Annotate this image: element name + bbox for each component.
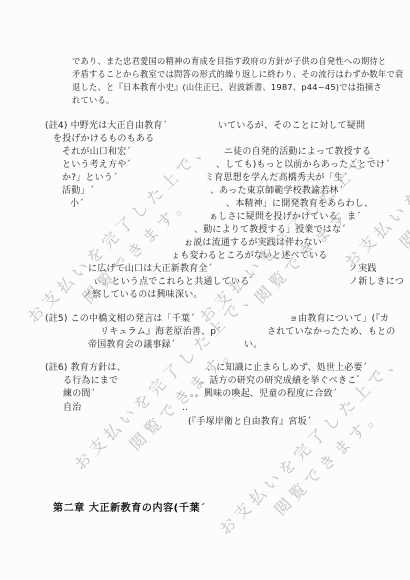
text-fragment: (註4) 中野光は大正自由教育ˊ [45,121,167,132]
payment-watermark: お支払いを完了した上で、閲覧できます。 [338,78,410,291]
text-fragment: それが山口和宏ˊ [62,147,131,158]
text-fragment: る行為にまで [63,376,118,387]
text-fragment: 自治 [63,403,81,414]
text-fragment: ぃ」という点でこれらと共通している゛ [93,277,259,288]
text-fragment: 、に知識に止まらしめず、処世上必要ˊ [207,363,367,374]
text-fragment: 帝国教育会の議事録ˊ [88,340,176,351]
text-fragment: ょも変わるところがないと述べている [171,251,327,262]
text-fragment: 矛盾することから教室では問答の形式的繰り返しに終わり、その流行はわずか数年で衰 [72,69,403,80]
text-fragment: れている。 [72,95,115,106]
text-fragment: ミ育思想を学んだ高橋秀夫が「生ˊ [205,173,348,184]
payment-watermark: お支払いを完了した上で、閲覧できます。 [68,280,281,493]
text-fragment: か?」というˊ [62,173,118,184]
scanned-document-page: であり、また忠君愛国の精神の育成を目指す政府の方針が子供の自発性への期待と矛盾す… [0,0,410,580]
text-fragment: 、話方の研究の研究成績を挙ぐべきこ゛ [200,376,366,387]
text-fragment: 。。興味の喚起、児童の程度に合致ˊ [190,389,337,400]
text-fragment: 退した、と『日本教育小史』(山住正巳、岩波新書、1987、p44~45)では指摘… [72,82,382,93]
text-fragment: に広げて山口は大正新教育全ˊ [88,264,212,275]
text-fragment: リキュラム』海老原治善、pˊ [100,327,221,338]
text-fragment: ノ新しきにつ [349,277,404,288]
text-fragment: ノ実践 [349,264,377,275]
text-fragment: 、しても)もっと以前からあったことでけˊ [216,160,390,171]
text-fragment: ョ由教育について」(『カ [289,314,389,325]
text-fragment: い。 [244,340,262,351]
watermark-line1: お支払いを完了した上で、 [338,78,410,274]
text-fragment: 、本精神」に開発教育をあらわし、 [226,199,373,210]
watermark-line1: お支払いを完了した上で、 [213,345,409,541]
text-fragment: ぁしさに疑問を投げかけている。まˊ [209,212,361,223]
text-fragment: .. [182,403,188,414]
text-fragment: 、動によりて教授する」授業ではなˊ [194,225,346,236]
text-fragment: (『手塚岸衛と自由教育』宮坂ˊ [188,417,312,428]
text-fragment: という考え方やˊ [62,160,131,171]
text-fragment: ぉ説は流通するが実践は伴わない [184,238,322,249]
text-fragment: 小ˊ [70,199,84,210]
text-fragment: 活動」ˊ [62,186,94,197]
text-fragment: であり、また忠君愛国の精神の育成を目指す政府の方針が子供の自発性への期待と [72,56,386,67]
text-fragment: 、あった東京師範学校教諭若林ˊ [210,186,343,197]
text-fragment: いているが、そのことに対して疑問 [218,121,365,132]
text-fragment: 練の間ˊ [63,389,95,400]
text-fragment: ノ察しているのは興味深い。 [83,290,203,301]
text-fragment: を投げかけるものもある [53,134,154,145]
chapter-heading: 第二章 大正新教育の内容(千葉ˊ [53,502,206,515]
text-fragment: (註5) この中橋文相の発言は「千葉ˊ [45,314,195,325]
text-fragment: (註6) 教育方針は、 [45,363,126,374]
text-fragment: されていなかったため、もとの [267,327,395,338]
text-fragment: ニ徒の自発的活動によって教授する [224,147,371,158]
